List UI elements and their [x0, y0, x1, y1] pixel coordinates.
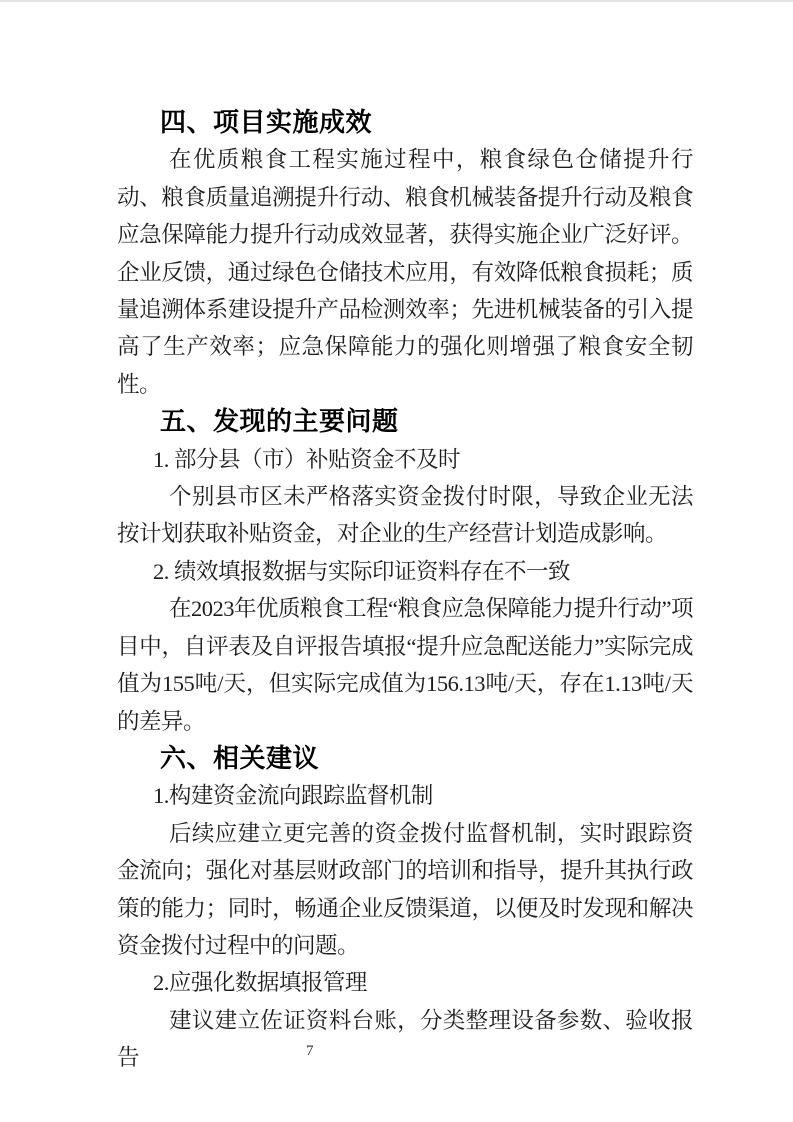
paragraph-problem-2-detail: 在2023年优质粮食工程“粮食应急保障能力提升行动”项目中，自评表及自评报告填报… — [117, 590, 693, 740]
numbered-item-suggestion-2: 2.应强化数据填报管理 — [117, 964, 693, 1001]
paragraph-problem-1-detail: 个别县市区未严格落实资金拨付时限，导致企业无法按计划获取补贴资金，对企业的生产经… — [117, 478, 693, 553]
document-body: 四、项目实施成效 在优质粮食工程实施过程中，粮食绿色仓储提升行动、粮食质量追溯提… — [0, 2, 793, 1077]
numbered-item-suggestion-1: 1.构建资金流向跟踪监督机制 — [117, 777, 693, 814]
paragraph-suggestion-2-detail: 建议建立佐证资料台账，分类整理设备参数、验收报告 — [117, 1002, 693, 1077]
numbered-item-problem-1: 1. 部分县（市）补贴资金不及时 — [117, 441, 693, 478]
numbered-item-problem-2: 2. 绩效填报数据与实际印证资料存在不一致 — [117, 553, 693, 590]
document-page: 四、项目实施成效 在优质粮食工程实施过程中，粮食绿色仓储提升行动、粮食质量追溯提… — [0, 0, 793, 1122]
section-heading-5: 五、发现的主要问题 — [117, 403, 693, 440]
paragraph-section4-results: 在优质粮食工程实施过程中，粮食绿色仓储提升行动、粮食质量追溯提升行动、粮食机械装… — [117, 141, 693, 403]
paragraph-suggestion-1-detail: 后续应建立更完善的资金拨付监督机制，实时跟踪资金流向；强化对基层财政部门的培训和… — [117, 815, 693, 965]
section-heading-6: 六、相关建议 — [117, 740, 693, 777]
page-number: 7 — [306, 1041, 314, 1061]
section-heading-4: 四、项目实施成效 — [117, 104, 693, 141]
